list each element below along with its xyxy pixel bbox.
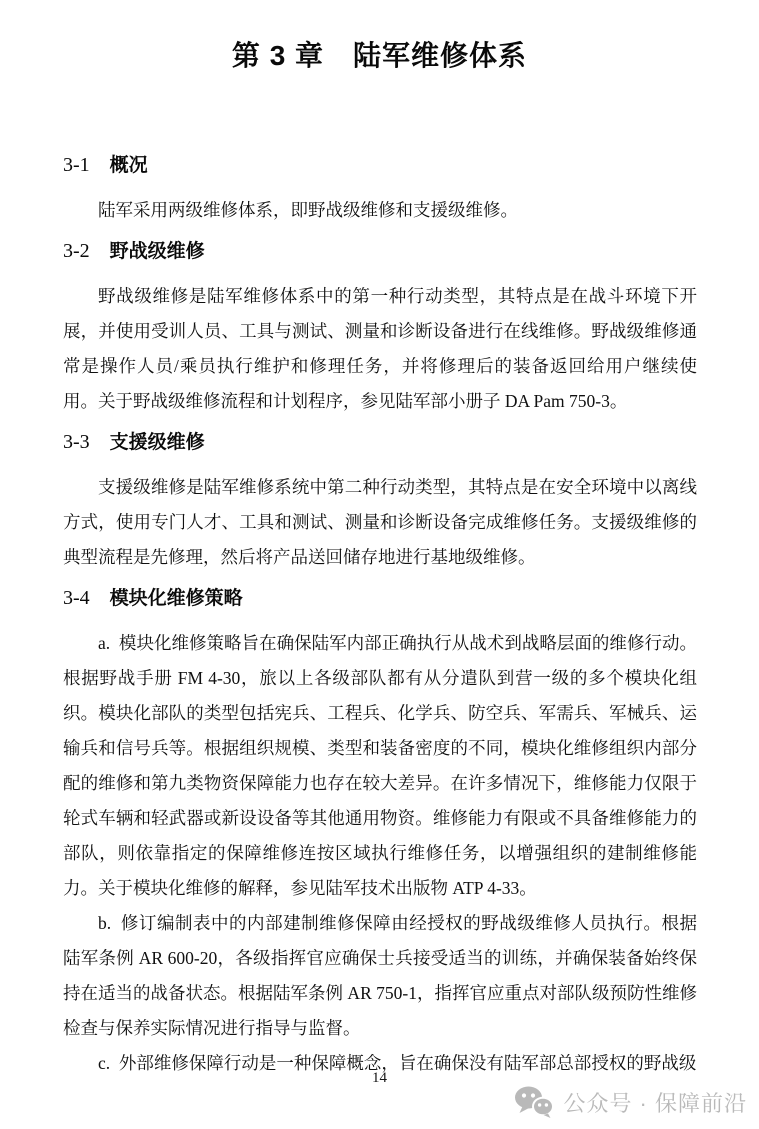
section-number: 3-4: [63, 583, 90, 613]
paragraph-item-b: b. 修订编制表中的内部建制维修保障由经授权的野战级维修人员执行。根据陆军条例 …: [63, 906, 697, 1046]
section-title: 支援级维修: [110, 428, 205, 458]
page-number: 14: [0, 1070, 759, 1087]
section-heading-3-3: 3-3 支援级维修: [63, 427, 697, 458]
section-number: 3-3: [63, 427, 90, 457]
section-title: 概况: [110, 151, 148, 181]
wechat-icon: [514, 1086, 554, 1119]
watermark-text: 公众号 · 保障前沿: [563, 1087, 747, 1118]
document-content: 3-1 概况 陆军采用两级维修体系，即野战级维修和支援级维修。 3-2 野战级维…: [0, 150, 759, 1081]
section-heading-3-1: 3-1 概况: [63, 150, 697, 181]
section-title: 模块化维修策略: [110, 584, 243, 614]
section-number: 3-1: [63, 150, 90, 180]
chapter-title: 第 3 章 陆军维修体系: [0, 0, 759, 76]
document-page: 第 3 章 陆军维修体系 3-1 概况 陆军采用两级维修体系，即野战级维修和支援…: [0, 0, 759, 1129]
paragraph: 陆军采用两级维修体系，即野战级维修和支援级维修。: [63, 193, 697, 228]
paragraph: 支援级维修是陆军维修系统中第二种行动类型，其特点是在安全环境中以离线方式，使用专…: [63, 470, 697, 575]
paragraph: 野战级维修是陆军维修体系中的第一种行动类型，其特点是在战斗环境下开展，并使用受训…: [63, 279, 697, 419]
section-number: 3-2: [63, 236, 90, 266]
watermark: 公众号 · 保障前沿: [514, 1086, 747, 1119]
paragraph-item-a: a. 模块化维修策略旨在确保陆军内部正确执行从战术到战略层面的维修行动。根据野战…: [63, 626, 697, 906]
section-heading-3-2: 3-2 野战级维修: [63, 236, 697, 267]
section-heading-3-4: 3-4 模块化维修策略: [63, 583, 697, 614]
section-title: 野战级维修: [110, 237, 205, 267]
